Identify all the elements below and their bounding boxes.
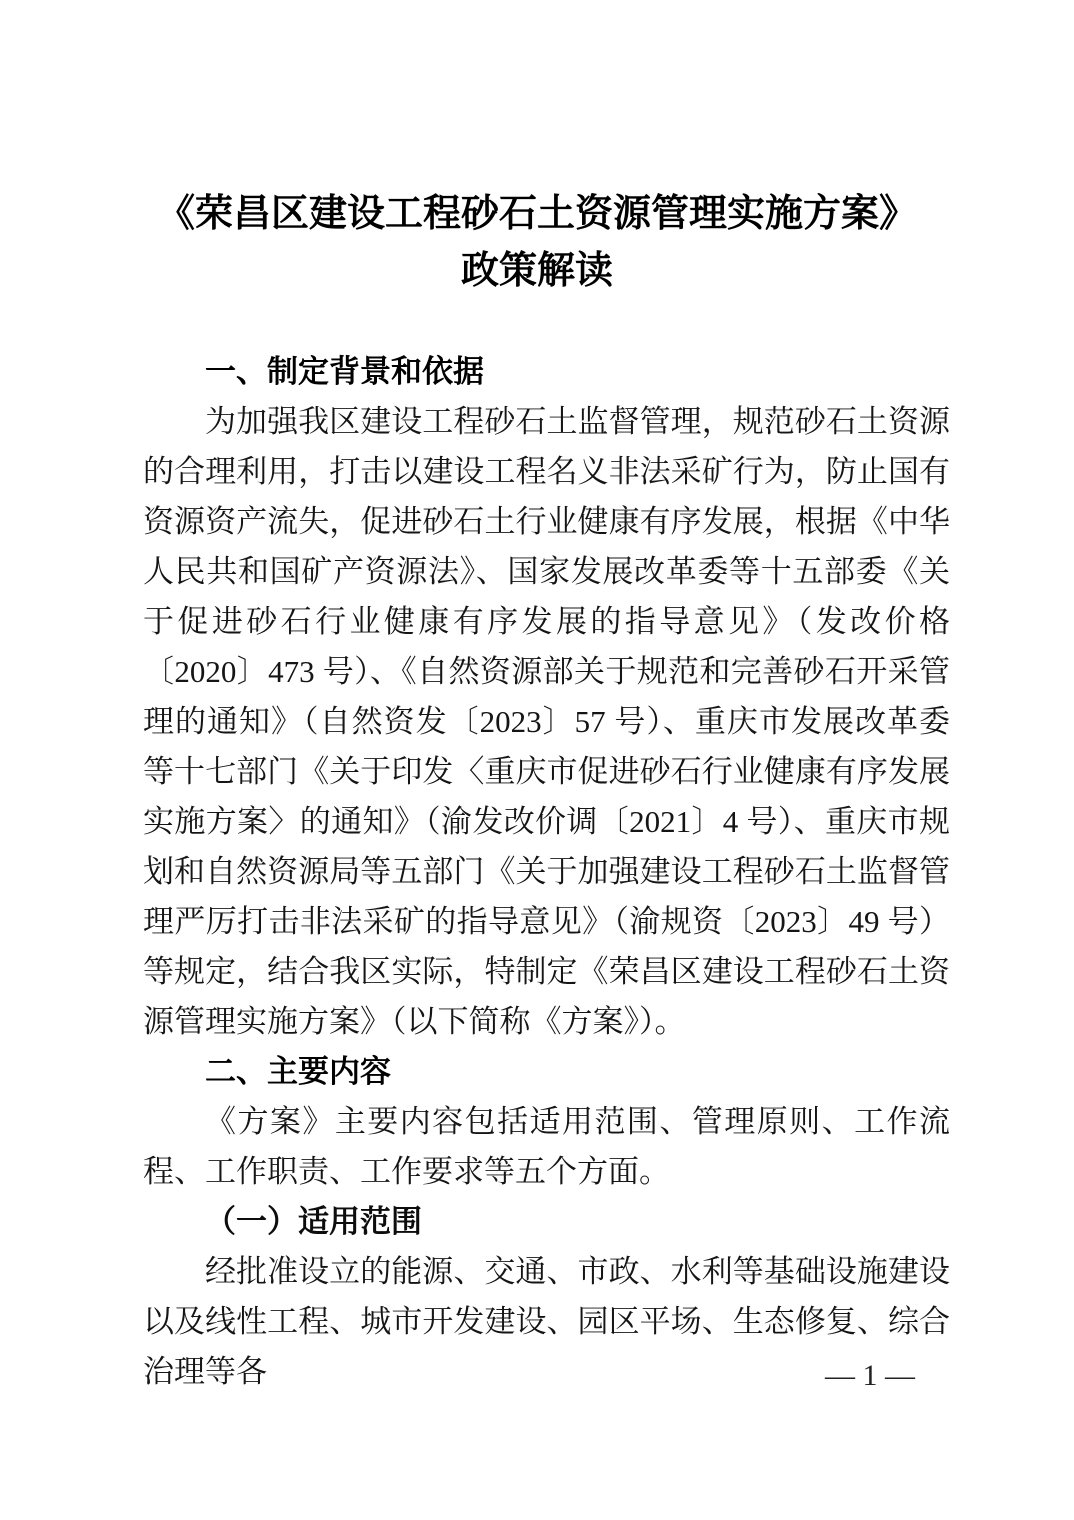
- section2-paragraph: 《方案》主要内容包括适用范围、管理原则、工作流程、工作职责、工作要求等五个方面。: [143, 1097, 950, 1197]
- section1-paragraph: 为加强我区建设工程砂石土监督管理，规范砂石土资源的合理利用，打击以建设工程名义非…: [143, 397, 950, 1047]
- section2-sub1-heading: （一）适用范围: [143, 1197, 950, 1247]
- document-title-line1: 《荣昌区建设工程砂石土资源管理实施方案》: [67, 186, 1007, 243]
- section2-heading: 二、主要内容: [143, 1047, 950, 1097]
- document-page: 《荣昌区建设工程砂石土资源管理实施方案》 政策解读 一、制定背景和依据 为加强我…: [0, 0, 1074, 1520]
- page-number: — 1 —: [790, 1356, 950, 1396]
- document-body: 一、制定背景和依据 为加强我区建设工程砂石土监督管理，规范砂石土资源的合理利用，…: [143, 347, 950, 1397]
- document-title: 《荣昌区建设工程砂石土资源管理实施方案》 政策解读: [67, 186, 1007, 300]
- document-title-line2: 政策解读: [67, 243, 1007, 300]
- section1-heading: 一、制定背景和依据: [143, 347, 950, 397]
